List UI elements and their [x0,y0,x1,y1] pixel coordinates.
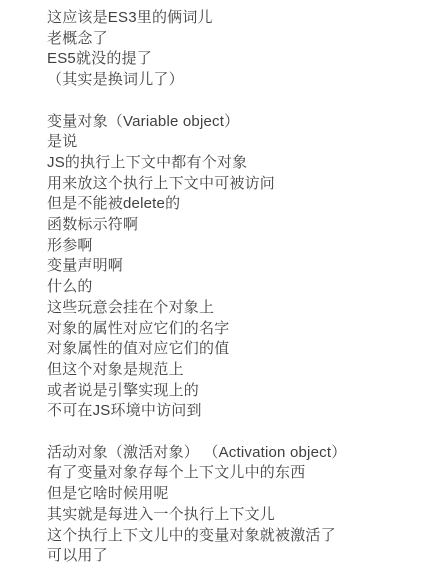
text-line: 老概念了 [47,29,419,50]
text-line: 什么的 [47,277,419,298]
text-line: 变量声明啊 [47,256,419,277]
text-line: 用来放这个执行上下文中可被访问 [47,174,419,195]
text-line: 有了变量对象存每个上下文儿中的东西 [47,463,419,484]
text-line: 不可在JS环境中访问到 [47,401,419,422]
text-line: 可以用了 [47,546,419,567]
text-line: 形参啊 [47,236,419,257]
text-line: 或者说是引擎实现上的 [47,381,419,402]
text-line: 这个执行上下文儿中的变量对象就被激活了 [47,526,419,547]
text-line: 其实就是每进入一个执行上下文儿 [47,505,419,526]
text-line: 活动对象（激活对象） （Activation object） [47,443,419,464]
text-line: 对象属性的值对应它们的值 [47,339,419,360]
text-line: 对象的属性对应它们的名字 [47,319,419,340]
text-line: JS的执行上下文中都有个对象 [47,153,419,174]
text-line: （其实是换词儿了） [47,70,419,91]
paragraph: 这应该是ES3里的俩词儿老概念了ES5就没的提了（其实是换词儿了） [47,8,419,91]
text-line: 但是不能被delete的 [47,194,419,215]
paragraph: 变量对象（Variable object）是说JS的执行上下文中都有个对象用来放… [47,112,419,423]
text-line: 这些玩意会挂在个对象上 [47,298,419,319]
text-line: 这应该是ES3里的俩词儿 [47,8,419,29]
text-line: 但这个对象是规范上 [47,360,419,381]
paragraph: 活动对象（激活对象） （Activation object）有了变量对象存每个上… [47,443,419,567]
text-line: 但是它啥时候用呢 [47,484,419,505]
notes-page: 这应该是ES3里的俩词儿老概念了ES5就没的提了（其实是换词儿了）变量对象（Va… [0,0,429,569]
text-body: 这应该是ES3里的俩词儿老概念了ES5就没的提了（其实是换词儿了）变量对象（Va… [47,8,419,567]
text-line: 是说 [47,132,419,153]
text-line: 函数标示符啊 [47,215,419,236]
text-line: ES5就没的提了 [47,49,419,70]
text-line: 变量对象（Variable object） [47,112,419,133]
